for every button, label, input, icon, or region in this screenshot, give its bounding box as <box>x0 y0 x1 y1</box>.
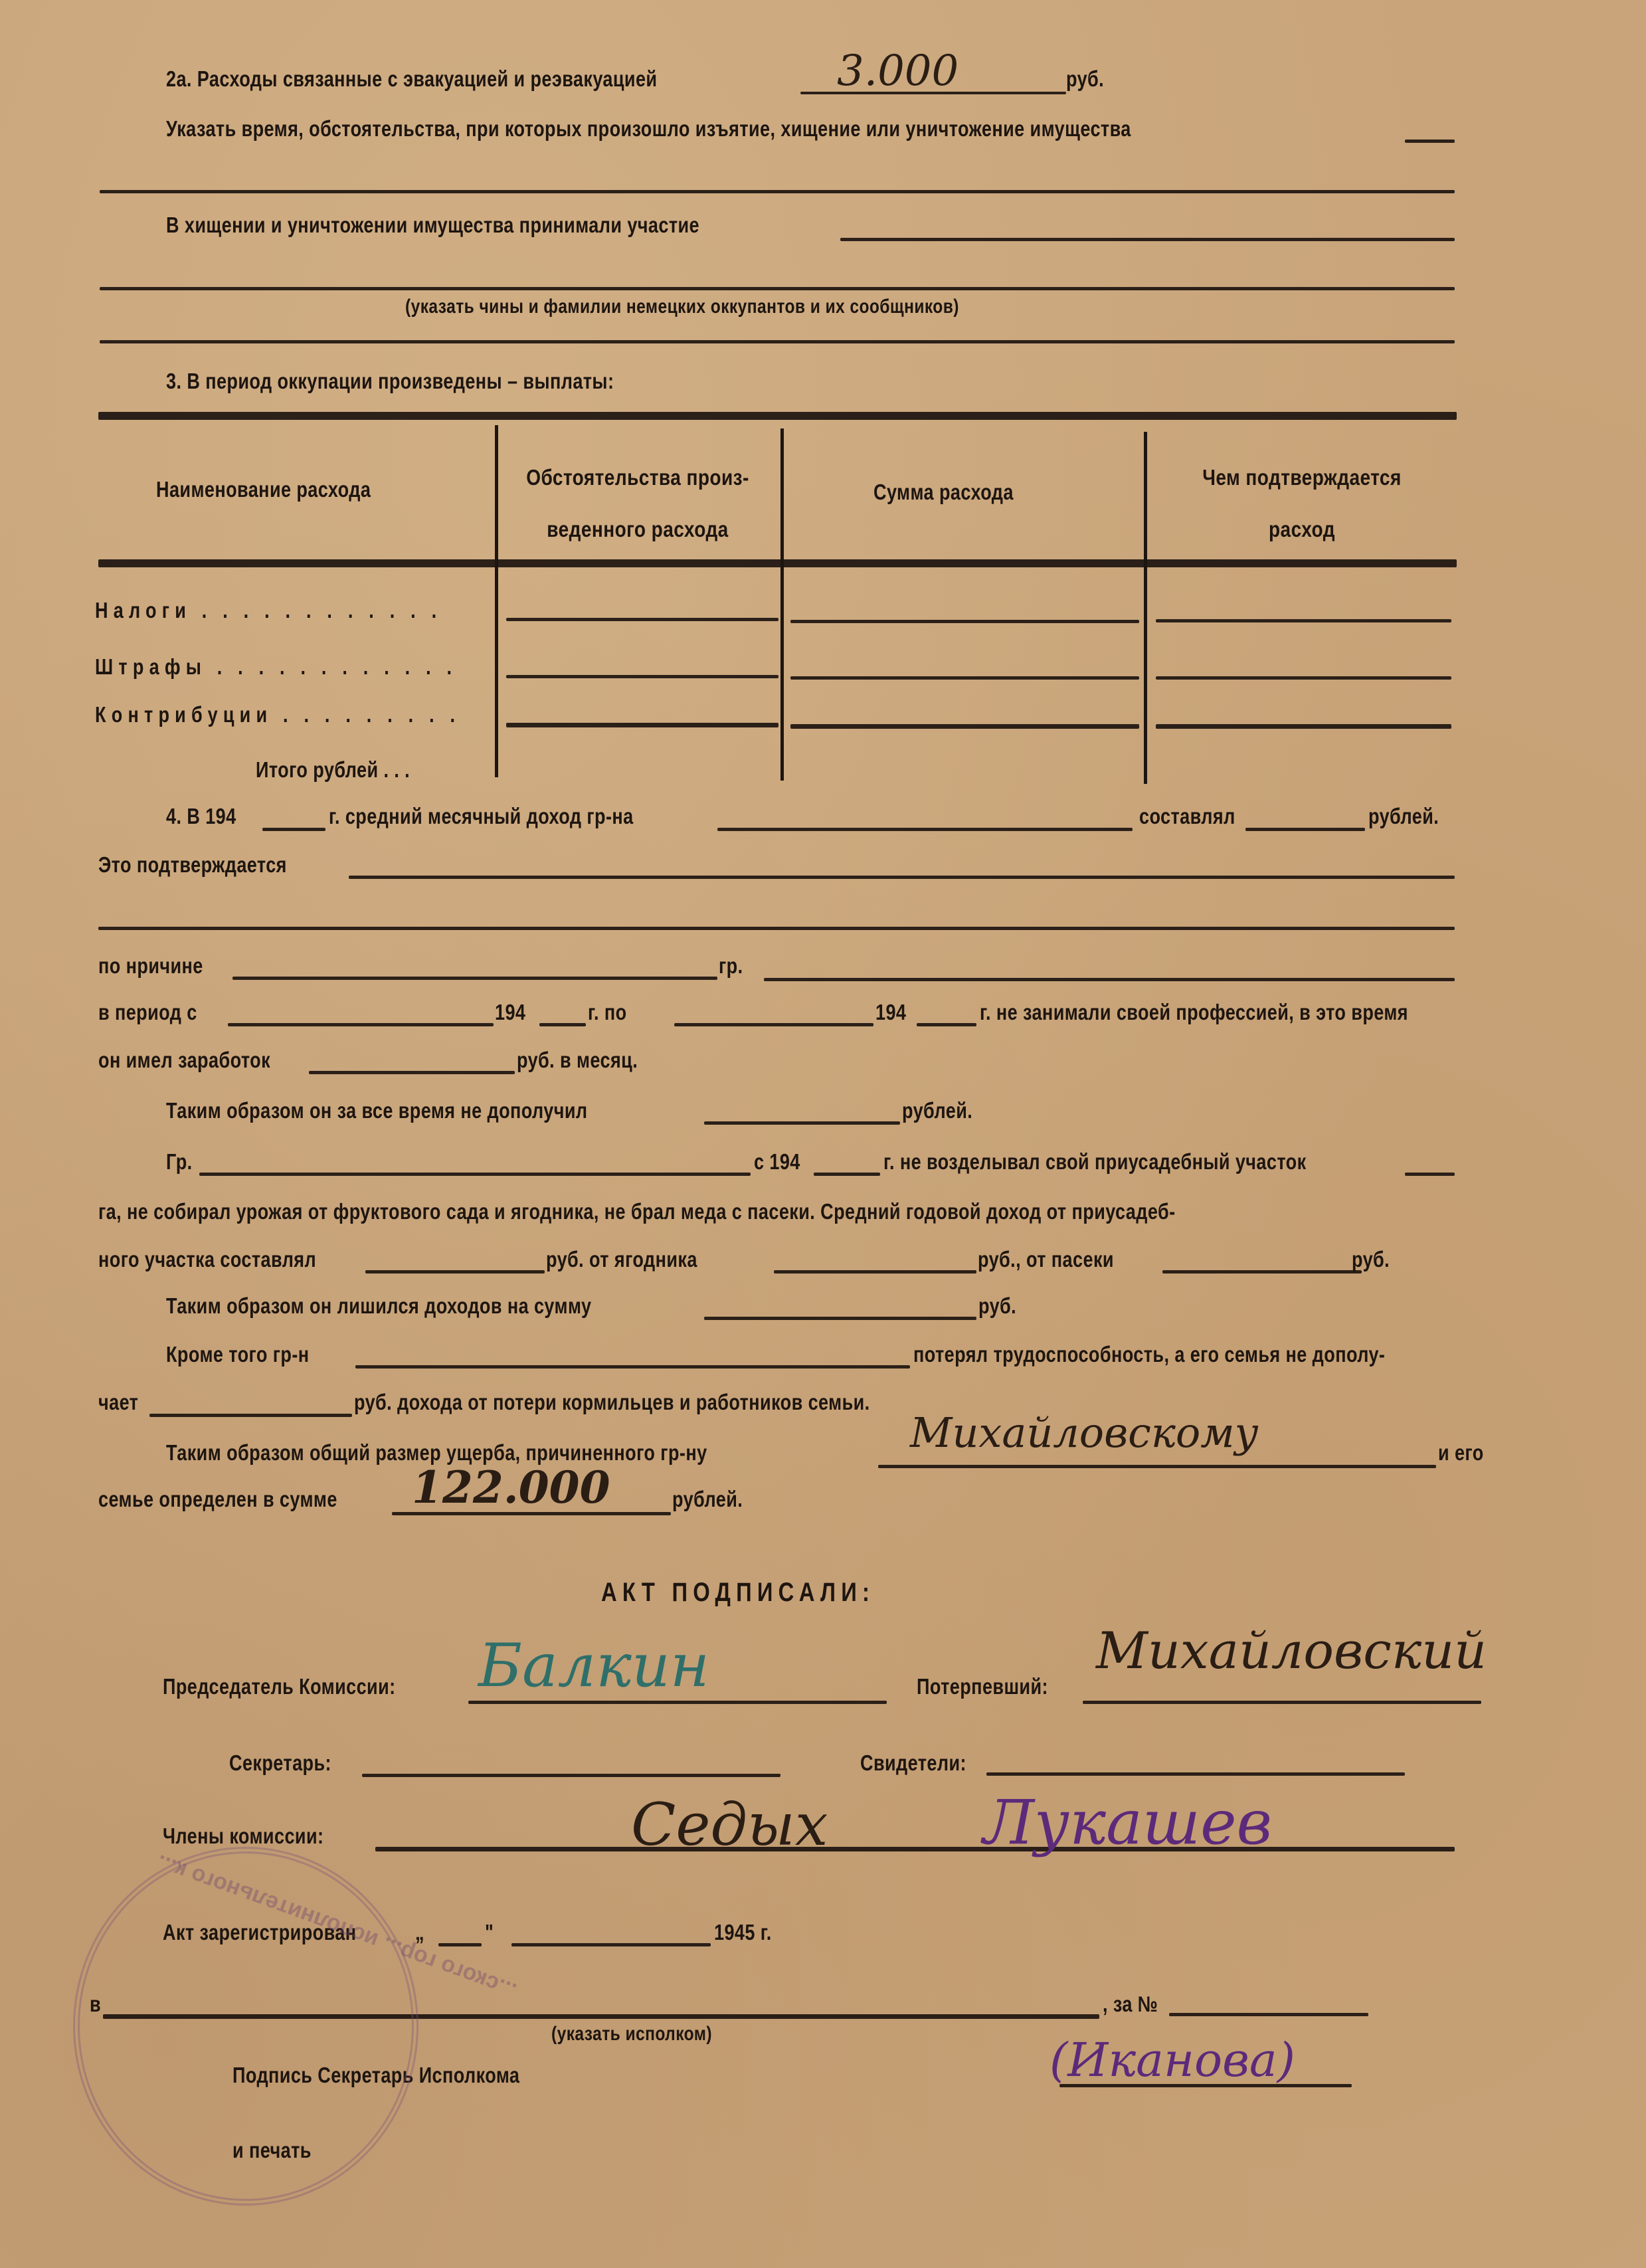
registered-month-field[interactable] <box>511 1943 711 1946</box>
table-header-amount: Сумма расхода <box>873 480 1014 505</box>
circumstances-label: Указать время, обстоятельства, при котор… <box>166 116 1131 142</box>
s4-line1-a: 4. В 194 <box>166 804 236 829</box>
s4-period-to-field[interactable] <box>674 1023 873 1026</box>
s4-line6-b: рублей. <box>902 1098 972 1123</box>
member2-signature: Лукашев <box>983 1787 1272 1858</box>
s4-plot-income-field[interactable] <box>365 1270 545 1274</box>
s4-period-from-field[interactable] <box>228 1023 494 1026</box>
s4-line3-a: по нричине <box>98 953 203 979</box>
s4-line9-a: ного участка составлял <box>98 1247 316 1272</box>
s4-line5-a: он имел заработок <box>98 1048 270 1073</box>
s4-line4-a: в период с <box>98 1000 197 1025</box>
s4-confirmation-field-1[interactable] <box>349 876 1455 879</box>
contributions-proof-field[interactable] <box>1156 724 1451 729</box>
section-3-label: 3. В период оккупации произведены – выпл… <box>166 369 614 394</box>
victim-signature-line[interactable] <box>1083 1701 1481 1704</box>
s4-line12-b: руб. дохода от потери кормильцев и работ… <box>354 1390 870 1415</box>
s4-confirmation-field-2[interactable] <box>98 927 1455 930</box>
table-row-fines-label: Штрафы . . . . . . . . . . . . <box>95 654 457 680</box>
s4-line9-c: руб., от пасеки <box>978 1247 1114 1272</box>
s4-apiary-income-field[interactable] <box>1162 1270 1362 1274</box>
s4-line10-a: Таким образом он лишился доходов на сумм… <box>166 1293 591 1319</box>
executive-hint: (указать исполком) <box>551 2023 712 2045</box>
victim-label: Потерпевший: <box>917 1674 1048 1699</box>
s4-line13-b: и его <box>1438 1440 1484 1465</box>
s4-line4-d: 194 <box>875 1000 906 1025</box>
circumstances-field-line-2[interactable] <box>100 190 1455 193</box>
witnesses-signature-line[interactable] <box>986 1772 1405 1776</box>
circumstances-field-line-1[interactable] <box>1405 140 1455 143</box>
chairman-label: Председатель Комиссии: <box>163 1674 396 1699</box>
participants-field-line-1[interactable] <box>840 238 1455 241</box>
s4-earnings-field[interactable] <box>309 1071 515 1074</box>
s4-line9-b: руб. от ягодника <box>546 1247 697 1272</box>
s4-disabled-citizen-field[interactable] <box>355 1365 910 1369</box>
s4-line5-b: руб. в месяц. <box>517 1048 638 1073</box>
witnesses-label: Свидетели: <box>860 1750 966 1776</box>
participants-field-line-3[interactable] <box>100 340 1455 343</box>
contributions-amount-field[interactable] <box>790 724 1139 729</box>
participants-field-line-2[interactable] <box>100 287 1455 290</box>
s4-line7-b: с 194 <box>754 1149 800 1175</box>
table-header-circumstances: Обстоятельства произ-веденного расхода <box>522 452 754 555</box>
table-row-taxes-label: Налоги . . . . . . . . . . . . <box>95 598 442 623</box>
s4-citizen-name-field[interactable] <box>717 828 1133 831</box>
s4-plot-year-field[interactable] <box>814 1173 880 1176</box>
taxes-proof-field[interactable] <box>1156 619 1451 622</box>
secretary-label: Секретарь: <box>229 1750 331 1776</box>
secretary-signature-line[interactable] <box>362 1774 780 1777</box>
chairman-signature: Балкин <box>478 1631 709 1701</box>
members-signature-line[interactable] <box>375 1847 1455 1851</box>
signatures-title: АКТ ПОДПИСАЛИ: <box>601 1578 875 1608</box>
taxes-amount-field[interactable] <box>790 620 1139 623</box>
s4-lost-income-field[interactable] <box>704 1317 976 1320</box>
s4-berry-income-field[interactable] <box>774 1270 976 1274</box>
victim-signature: Михайловский <box>1096 1621 1487 1680</box>
table-header-name: Наименование расхода <box>156 477 371 502</box>
s4-line1-d: рублей. <box>1368 804 1439 829</box>
table-row-contributions-label: Контрибуции . . . . . . . . . <box>95 702 460 727</box>
registered-day-field[interactable] <box>438 1943 482 1946</box>
s4-line11-b: потерял трудоспособность, а его семья не… <box>913 1342 1385 1367</box>
fines-circumstances-field[interactable] <box>506 675 778 678</box>
table-top-border <box>98 412 1457 420</box>
s4-line14-a: семье определен в сумме <box>98 1487 337 1512</box>
registered-year: 1945 г. <box>714 1920 772 1945</box>
s4-line7-a: Гр. <box>166 1149 193 1175</box>
s4-line8: га, не собирал урожая от фруктового сада… <box>98 1199 1176 1224</box>
s4-period-from-year-field[interactable] <box>539 1023 586 1026</box>
s4-line9-d: руб. <box>1352 1247 1390 1272</box>
s4-line1-b: г. средний месячный доход гр-на <box>329 804 634 829</box>
chairman-signature-line[interactable] <box>468 1701 887 1704</box>
section-2a-unit: руб. <box>1066 66 1104 92</box>
section-2a-handwritten-value: 3.000 <box>837 47 959 96</box>
s4-family-shortfall-field[interactable] <box>149 1414 352 1417</box>
table-col-divider-2 <box>780 428 784 781</box>
member1-signature: Седых <box>631 1790 828 1859</box>
table-header-border <box>98 559 1457 567</box>
s4-income-field[interactable] <box>1245 828 1365 831</box>
s4-victim-name-handwritten: Михайловскому <box>910 1408 1259 1457</box>
s4-reason-citizen-field[interactable] <box>764 978 1455 981</box>
participants-hint: (указать чины и фамилии немецких оккупан… <box>405 296 959 318</box>
s4-shortfall-field[interactable] <box>704 1121 900 1125</box>
s4-line4-b: 194 <box>495 1000 525 1025</box>
table-col-divider-3 <box>1144 432 1147 784</box>
members-label: Члены комиссии: <box>163 1824 323 1849</box>
contributions-circumstances-field[interactable] <box>506 723 778 727</box>
fines-amount-field[interactable] <box>790 676 1139 680</box>
table-total-label: Итого рублей . . . <box>256 757 410 783</box>
s4-reason-field[interactable] <box>232 977 717 980</box>
s4-plot-area-field[interactable] <box>1405 1173 1455 1176</box>
s4-line14-b: рублей. <box>672 1487 743 1512</box>
s4-plot-owner-field[interactable] <box>199 1173 751 1176</box>
s4-victim-name-field[interactable] <box>878 1465 1436 1468</box>
fines-proof-field[interactable] <box>1156 676 1451 680</box>
s4-year-field[interactable] <box>262 828 325 831</box>
s4-line12-a: чает <box>98 1390 138 1415</box>
number-label: , за № <box>1103 1992 1158 2017</box>
secretary-exec-signature: (Иканова) <box>1050 2033 1295 2087</box>
s4-line1-c: составлял <box>1139 804 1235 829</box>
s4-line2-label: Это подтверждается <box>98 852 287 878</box>
s4-line3-b: гр. <box>719 953 743 979</box>
registration-number-field[interactable] <box>1169 2013 1368 2016</box>
taxes-circumstances-field[interactable] <box>506 618 778 621</box>
section-2a-label: 2а. Расходы связанные с эвакуацией и реэ… <box>166 66 657 92</box>
table-header-proof: Чем подтверждается расход <box>1178 452 1426 555</box>
s4-line11-a: Кроме того гр-н <box>166 1342 310 1367</box>
s4-line6-a: Таким образом он за все время не дополуч… <box>166 1098 588 1123</box>
s4-line4-c: г. по <box>588 1000 627 1025</box>
participants-label: В хищении и уничтожении имущества приним… <box>166 213 699 238</box>
s4-line7-c: г. не возделывал свой приусадебный участ… <box>883 1149 1307 1175</box>
document-page: 2а. Расходы связанные с эвакуацией и реэ… <box>0 0 1646 2268</box>
s4-period-to-year-field[interactable] <box>917 1023 976 1026</box>
s4-line4-e: г. не занимали своей профессией, в это в… <box>980 1000 1408 1025</box>
s4-total-damage-handwritten: 122.000 <box>412 1462 610 1513</box>
s4-line10-b: руб. <box>978 1293 1016 1319</box>
registered-quote-close: " <box>485 1920 494 1945</box>
table-col-divider-1 <box>495 425 498 777</box>
